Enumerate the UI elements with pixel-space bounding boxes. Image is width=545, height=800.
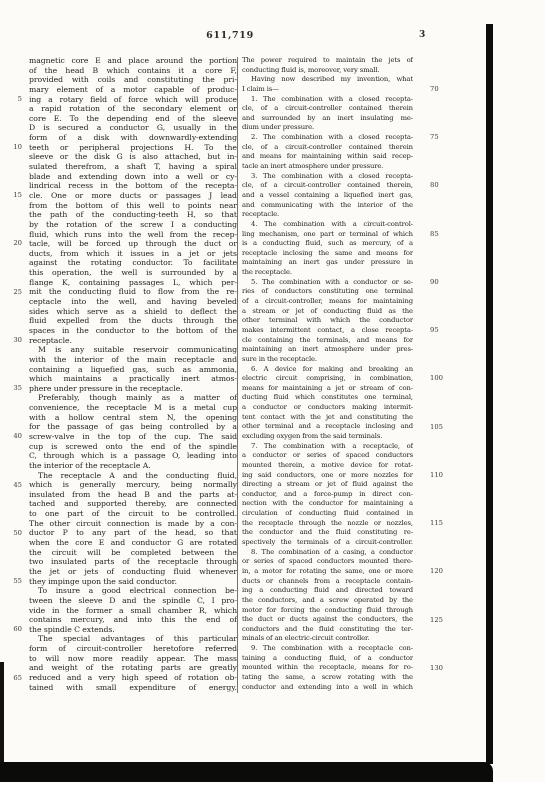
text-line: 2.Thecombinationwithaclosedrecepta- <box>242 133 413 143</box>
line-number: 40 <box>4 432 22 442</box>
text-line: spectivelytheterminalsofacircuit-control… <box>242 538 413 548</box>
line-number: 95 <box>430 326 456 336</box>
text-line: the interior of the receptacle A. <box>29 461 237 471</box>
text-line: meansformaintainingajetorstreamofcon- <box>242 384 413 394</box>
text-line: DissecuredaconductorG,usuallyinthe <box>29 123 237 133</box>
scan-margin-bottom <box>0 782 545 800</box>
text-line: mittheconductingfluidtoflowfromthere- <box>29 287 237 297</box>
line-number: 75 <box>430 133 456 143</box>
text-line: andavesselcontainingaliquefiedinertgas, <box>242 191 413 201</box>
text-line: ingarotaryfieldofforcewhichwillproduce <box>29 95 237 105</box>
text-line: ductingfluidwhichconstitutesoneterminal, <box>242 393 413 403</box>
text-line: whenthecoreEandconductorGarerotated <box>29 538 237 548</box>
patent-page: 611,719 3 5101520253035404550556065 magn… <box>0 0 545 800</box>
text-line: excluding oxygen from the said terminals… <box>242 432 413 442</box>
text-line: in,amotorforrotatingthesame,oneormore <box>242 567 413 577</box>
text-line: maryelementofamotorcapableofproduc- <box>29 85 237 95</box>
text-line: 9.Thecombinationwithareceptaclecon- <box>242 644 413 654</box>
text-line: andweightoftherotatingpartsaregreatly <box>29 663 237 673</box>
text-line: Preferably,thoughmainlyasamatterof <box>29 393 237 403</box>
line-number: 50 <box>4 529 22 539</box>
text-line: receptacle. <box>242 210 413 220</box>
right-column: Thepowerrequiredtomaintainthejetsofcondu… <box>242 56 413 692</box>
text-line: electriccircuitcomprising,incombination, <box>242 374 413 384</box>
text-line: clecontainingtheterminals,andmeansfor <box>242 336 413 346</box>
text-line: theconductorandthefluidconstitutingre- <box>242 528 413 538</box>
text-line: Thepowerrequiredtomaintainthejetsof <box>242 56 413 66</box>
text-line: conductor,andaforce-pumpindirectcon- <box>242 490 413 500</box>
text-line: Theothercircuitconnectionismadebyacon- <box>29 519 237 529</box>
text-line: ofacircuit-controller,meansformaintainin… <box>242 297 413 307</box>
text-line: forthepassageofgasbeingcontrolledbya <box>29 422 237 432</box>
text-line: spacesintheconductortothebottomofthe <box>29 326 237 336</box>
text-line: ductsorchannelsfromareceptaclecontain- <box>242 577 413 587</box>
text-line: ductorPtoanypartofthehead,sothat <box>29 528 237 538</box>
text-line: convenience,thereceptacleMisametalcup <box>29 403 237 413</box>
text-line: makesintermittentcontact,acloserecepta- <box>242 326 413 336</box>
text-line: conducting fluid is, moreover, very smal… <box>242 66 413 76</box>
text-line: lingmechanism,onepartorterminalofwhich <box>242 230 413 240</box>
scan-border-bottom <box>0 762 493 782</box>
text-line: fluid,whichrunsintothewellfromtherecep- <box>29 230 237 240</box>
text-line: mountedtherein,amotivedeviceforrotat- <box>242 461 413 471</box>
text-line: sulatedtherefrom,ashaftT,havingaspiral <box>29 162 237 172</box>
line-number: 60 <box>4 625 22 635</box>
text-line: I claim is— <box>242 85 413 95</box>
text-line: Misanysuitablereservoircommunicating <box>29 345 237 355</box>
line-number: 110 <box>430 471 456 481</box>
text-line: aconductororseriesofspacedconductors <box>242 451 413 461</box>
text-line: towillnowmorereadilyappear.Themass <box>29 654 237 664</box>
text-line: 6.Adeviceformakingandbreakingan <box>242 365 413 375</box>
text-line: theconductors,andascrewoperatedbythe <box>242 596 413 606</box>
text-line: tacle an inert atmosphere under pressure… <box>242 162 413 172</box>
text-line: receptacle. <box>29 336 237 346</box>
line-number: 30 <box>4 336 22 346</box>
text-line: containsmercury,andintothistheendof <box>29 615 237 625</box>
text-line: magneticcoreEandplacearoundtheportion <box>29 56 237 66</box>
line-number: 115 <box>430 519 456 529</box>
text-line: aconductororconductorsmakingintermit- <box>242 403 413 413</box>
text-line: andmeansformaintainingwithinsaidrecep- <box>242 152 413 162</box>
text-line: whichmaintainsapracticallyinertatmos- <box>29 374 237 384</box>
page-number: 3 <box>419 30 425 40</box>
line-number: 55 <box>4 577 22 587</box>
text-line: ingsaidconductors,oneormorenozzlesfor <box>242 471 413 481</box>
line-number: 25 <box>4 288 22 298</box>
text-line: maintaininganinertatmosphereunderpres- <box>242 345 413 355</box>
text-line: tatingthesame,ascrewrotatingwiththe <box>242 673 413 683</box>
text-line: Thespecialadvantagesofthisparticular <box>29 634 237 644</box>
text-line: mountedwithinthereceptacle,meansforro- <box>242 663 413 673</box>
line-number: 130 <box>430 664 456 674</box>
text-line: tentcontactwiththejetandconstitutingthe <box>242 413 413 423</box>
text-line: formofcircuit-controllerheretoforereferr… <box>29 644 237 654</box>
text-line: toonepartofthecircuittobecontrolled. <box>29 509 237 519</box>
text-line: ceptacleintothewell,andhavingbeveled <box>29 297 237 307</box>
line-number: 100 <box>430 374 456 384</box>
text-line: tainedwithsmallexpenditureofenergy. <box>29 683 237 693</box>
text-line: maintaininganinertgasunderpressurein <box>242 258 413 268</box>
text-line: cupisscrewedontotheendofthespindle <box>29 442 237 452</box>
text-line: astreamorjetofconductingfluidasthe <box>242 307 413 317</box>
text-line: thereceptaclethroughthenozzleornozzles, <box>242 519 413 529</box>
text-line: 1.Thecombinationwithaclosedrecepta- <box>242 95 413 105</box>
text-line: the spindle C extends. <box>29 625 237 635</box>
text-line: containingaliquefiedgas,suchasammonia, <box>29 365 237 375</box>
text-line: thepathoftheconducting-teethH,sothat <box>29 210 237 220</box>
text-line: 5.Thecombinationwithaconductororse- <box>242 278 413 288</box>
text-line: isaconductingfluid,suchasmercury,ofa <box>242 239 413 249</box>
line-number: 80 <box>430 181 456 191</box>
line-number: 10 <box>4 143 22 153</box>
text-line: providedwithcoilsandconstitutingthepri- <box>29 75 237 85</box>
text-line: ducts,fromwhichitissuesinajetorjets <box>29 249 237 259</box>
text-line: receptacleinclosingthesameandmeansfor <box>242 249 413 259</box>
column-divider <box>237 57 238 693</box>
text-line: sideswhichserveasashieldtodeflectthe <box>29 307 237 317</box>
text-line: motorforforcingtheconductingfluidthrough <box>242 606 413 616</box>
text-line: cle,ofacircuit-controllercontainedtherei… <box>242 143 413 153</box>
line-number: 120 <box>430 567 456 577</box>
line-number: 20 <box>4 239 22 249</box>
text-line: whichisgenerallymercury,beingnormally <box>29 480 237 490</box>
scan-edge-left <box>0 662 4 763</box>
text-line: phere under pressure in the receptacle. <box>29 384 237 394</box>
text-line: otherterminalandareceptacleinclosingand <box>242 422 413 432</box>
text-line: 7.Thecombinationwithareceptacle,of <box>242 442 413 452</box>
line-number: 65 <box>4 674 22 684</box>
text-line: tachedandsupportedthereby,areconnected <box>29 499 237 509</box>
text-line: andcommunicatingwiththeinteriorofthe <box>242 201 413 211</box>
line-number: 5 <box>4 95 22 105</box>
text-line: bladeandextendingdownintoawellorcy- <box>29 172 237 182</box>
text-line: flangeK,containingpassagesL,whichper- <box>29 278 237 288</box>
text-line: 8.Thecombinationofacasing,aconductor <box>242 548 413 558</box>
text-line: 3.Thecombinationwithaclosedrecepta- <box>242 172 413 182</box>
text-line: minals of an electric-circuit controller… <box>242 634 413 644</box>
text-line: 4.Thecombinationwithacircuit-control- <box>242 220 413 230</box>
scan-border-right <box>486 24 493 764</box>
text-line: andsurroundedbyaninertinsulatingme- <box>242 114 413 124</box>
text-line: cle,ofacircuit-controllercontainedtherei… <box>242 181 413 191</box>
text-line: withahollowcentralstemN,theopening <box>29 413 237 423</box>
text-line: tacle,willbeforcedupthroughtheductor <box>29 239 237 249</box>
text-line: theductorductsagainsttheconductors,the <box>242 615 413 625</box>
text-line: screw-valveinthetopofthecup.Thesaid <box>29 432 237 442</box>
text-line: circulationofconductingfluidcontainedin <box>242 509 413 519</box>
line-number: 35 <box>4 384 22 394</box>
text-line: C,throughwhichisapassageO,leadinginto <box>29 451 237 461</box>
text-line: coreE.Tothedependingendofthesleeve <box>29 114 237 124</box>
text-line: tainingaconductingfluid,ofaconductor <box>242 654 413 664</box>
text-line: conductorsandthefluidconstitutingtheter- <box>242 625 413 635</box>
text-line: bytherotationofthescrewIaconducting <box>29 220 237 230</box>
text-line: they impinge upon the said conductor. <box>29 577 237 587</box>
text-line: sleeveorthediskGisalsoattached,butin- <box>29 152 237 162</box>
patent-number: 611,719 <box>0 30 460 41</box>
text-line: orseriesofspacedconductorsmountedthere- <box>242 557 413 567</box>
text-line: lindricalrecessinthebottomoftherecepta- <box>29 181 237 191</box>
text-line: dium under pressure. <box>242 123 413 133</box>
text-line: fromthebottomofthiswelltopointsnear <box>29 201 237 211</box>
text-line: againsttherotatingconductor.Tofacilitate <box>29 258 237 268</box>
text-line: thecircuitwillbecompletedbetweenthe <box>29 548 237 558</box>
text-line: withtheinteriorofthemainreceptacleand <box>29 355 237 365</box>
text-line: thisoperation,thewellissurroundedbya <box>29 268 237 278</box>
text-line: videintheformerasmallchamberR,which <box>29 606 237 616</box>
text-line: twoinsulatedpartsofthereceptaclethrough <box>29 557 237 567</box>
text-line: Havingnowdescribedmyinvention,what <box>242 75 413 85</box>
text-line: reducedandaveryhighspeedofrotationob- <box>29 673 237 683</box>
left-column: magneticcoreEandplacearoundtheportionoft… <box>29 56 237 692</box>
line-number: 105 <box>430 423 456 433</box>
text-line: riesofconductorsconstitutingoneterminal <box>242 287 413 297</box>
text-line: cle,ofacircuit-controllercontainedtherei… <box>242 104 413 114</box>
line-number: 90 <box>430 278 456 288</box>
text-line: the receptacle. <box>242 268 413 278</box>
line-number: 70 <box>430 85 456 95</box>
line-number: 15 <box>4 191 22 201</box>
text-line: teethorperipheralprojectionsH.Tothe <box>29 143 237 153</box>
text-line: formofadiskwithdownwardly-extending <box>29 133 237 143</box>
text-line: sure in the receptacle. <box>242 355 413 365</box>
line-number: 85 <box>430 230 456 240</box>
text-line: ThereceptacleAandtheconductingfluid, <box>29 471 237 481</box>
text-line: thejetorjetsofconductingfluidwhenever <box>29 567 237 577</box>
line-number: 45 <box>4 481 22 491</box>
text-line: directingastreamorjetoffluidagainstthe <box>242 480 413 490</box>
text-line: oftheheadBwhichcontainsitacoreF, <box>29 66 237 76</box>
text-line: arapidrotationofthesecondaryelementor <box>29 104 237 114</box>
text-line: cle.OneormoreductsorpassagesJlead <box>29 191 237 201</box>
line-number: 125 <box>430 616 456 626</box>
text-line: conductorandextendingintoawellinwhich <box>242 683 413 693</box>
text-line: Toinsureagoodelectricalconnectionbe- <box>29 586 237 596</box>
text-line: fluidexpelledfromtheductsthroughthe <box>29 316 237 326</box>
text-line: otherterminalwithwhichtheconductor <box>242 316 413 326</box>
text-line: ingaconductingfluidanddirectedtoward <box>242 586 413 596</box>
text-line: nectionwiththeconductorformaintaininga <box>242 499 413 509</box>
text-line: tweenthesleeveDandthespindleC,Ipro- <box>29 596 237 606</box>
text-line: insulatedfromtheheadBandthepartsat- <box>29 490 237 500</box>
